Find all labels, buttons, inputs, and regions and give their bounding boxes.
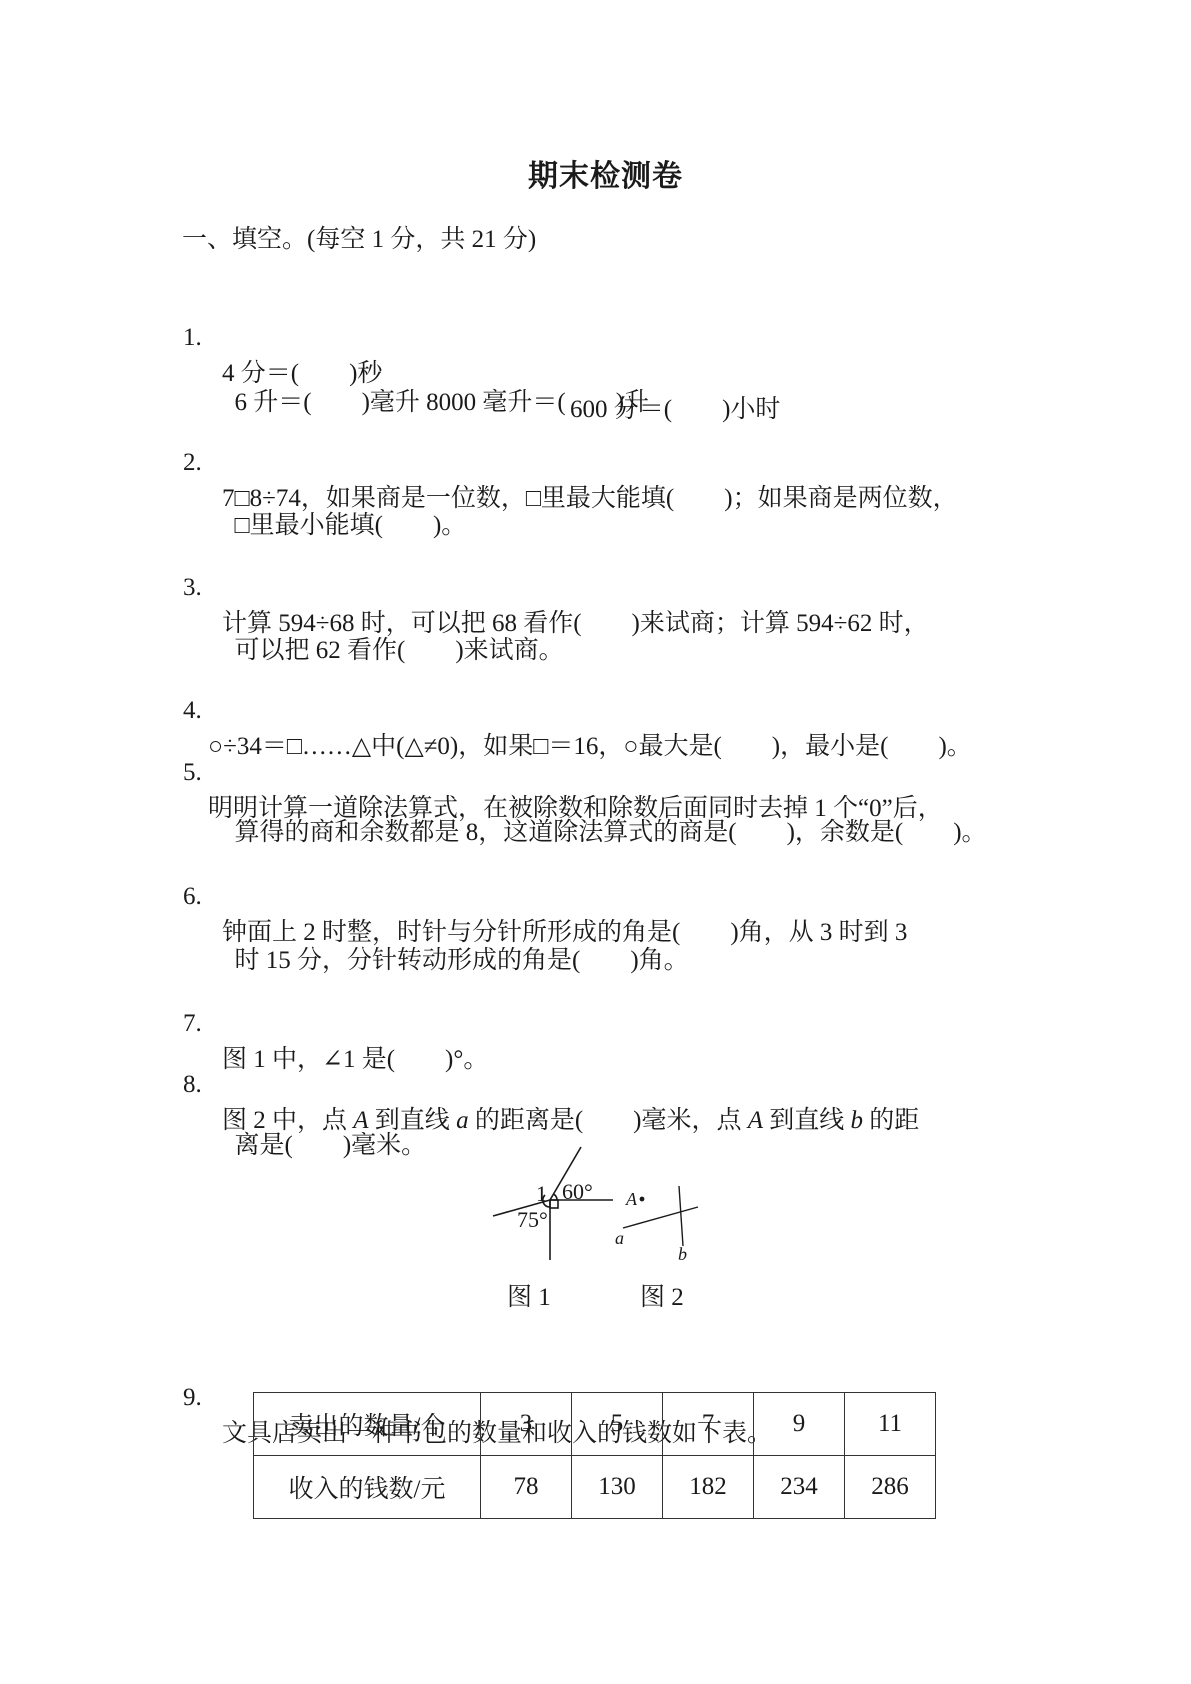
question-number: 7. [183,1006,202,1042]
question-number: 6. [183,879,202,915]
question-3: 3. 计算 594÷68 时，可以把 68 看作()来试商；计算 594÷62 … [0,534,13,642]
table-cell: 7 [663,1393,754,1456]
angle-60-label: 60° [562,1176,593,1208]
table-row-header: 收入的钱数/元 [254,1456,481,1519]
question-9: 9. 文具店卖出一种书包的数量和收入的钱数如下表。 [0,1344,13,1452]
figure-2-caption: 图 2 [640,1282,684,1314]
line-a-label: a [615,1222,624,1254]
question-1: 1. 4 分＝()秒 600 分＝()小时 [0,284,13,428]
sales-table: 卖出的数量/个 3 5 7 9 11 收入的钱数/元 78 130 182 23… [253,1392,936,1519]
question-1-line-2: 6 升＝()毫升 8000 毫升＝()升 [222,349,649,421]
table-cell: 286 [845,1456,936,1519]
question-5: 5. 明明计算一道除法算式，在被除数和除数后面同时去掉 1 个“0”后， [0,719,13,827]
table-cell: 78 [481,1456,572,1519]
figure-1-caption: 图 1 [507,1282,551,1314]
question-8: 8. 图 2 中，点 A 到直线 a 的距离是()毫米，点 A 到直线 b 的距 [0,1031,13,1139]
question-number: 3. [183,570,202,606]
table-cell: 182 [663,1456,754,1519]
question-number: 4. [183,693,202,729]
figure-1-angle-diagram [493,1147,613,1260]
table-row: 卖出的数量/个 3 5 7 9 11 [254,1393,936,1456]
question-8-line-2: 离是()毫米。 [222,1092,426,1164]
question-5-line-2: 算得的商和余数都是 8，这道除法算式的商是()，余数是()。 [222,779,987,851]
section-heading: 一、填空。(每空 1 分，共 21 分) [182,222,536,258]
line-b-label: b [678,1238,687,1270]
table-cell: 130 [572,1456,663,1519]
table-cell: 234 [754,1456,845,1519]
table-row: 收入的钱数/元 78 130 182 234 286 [254,1456,936,1519]
question-6-line-2: 时 15 分，分针转动形成的角是()角。 [222,907,689,979]
question-3-line-2: 可以把 62 看作()来试商。 [222,597,564,669]
question-number: 8. [183,1067,202,1103]
question-6: 6. 钟面上 2 时整，时针与分针所形成的角是()角，从 3 时到 3 [0,843,13,951]
question-number: 5. [183,755,202,791]
table-cell: 11 [845,1393,936,1456]
table-row-header: 卖出的数量/个 [254,1393,481,1456]
table-cell: 3 [481,1393,572,1456]
question-number: 9. [183,1380,202,1416]
point-a-label: A [626,1183,637,1215]
question-text: ○÷34＝□……△中(△≠0)，如果□＝16，○最大是()，最小是()。 [208,729,972,765]
table-cell: 5 [572,1393,663,1456]
question-number: 2. [183,445,202,481]
point-a-dot [640,1197,645,1202]
question-2: 2. 7□8÷74，如果商是一位数，□里最大能填()；如果商是两位数， [0,409,13,517]
angle-75-label: 75° [517,1204,548,1236]
question-number: 1. [183,320,202,356]
table-cell: 9 [754,1393,845,1456]
question-2-line-2: □里最小能填()。 [222,472,466,544]
page-title: 期末检测卷 [0,156,1191,198]
question-text: 图 1 中，∠1 是()°。 [222,1042,488,1078]
